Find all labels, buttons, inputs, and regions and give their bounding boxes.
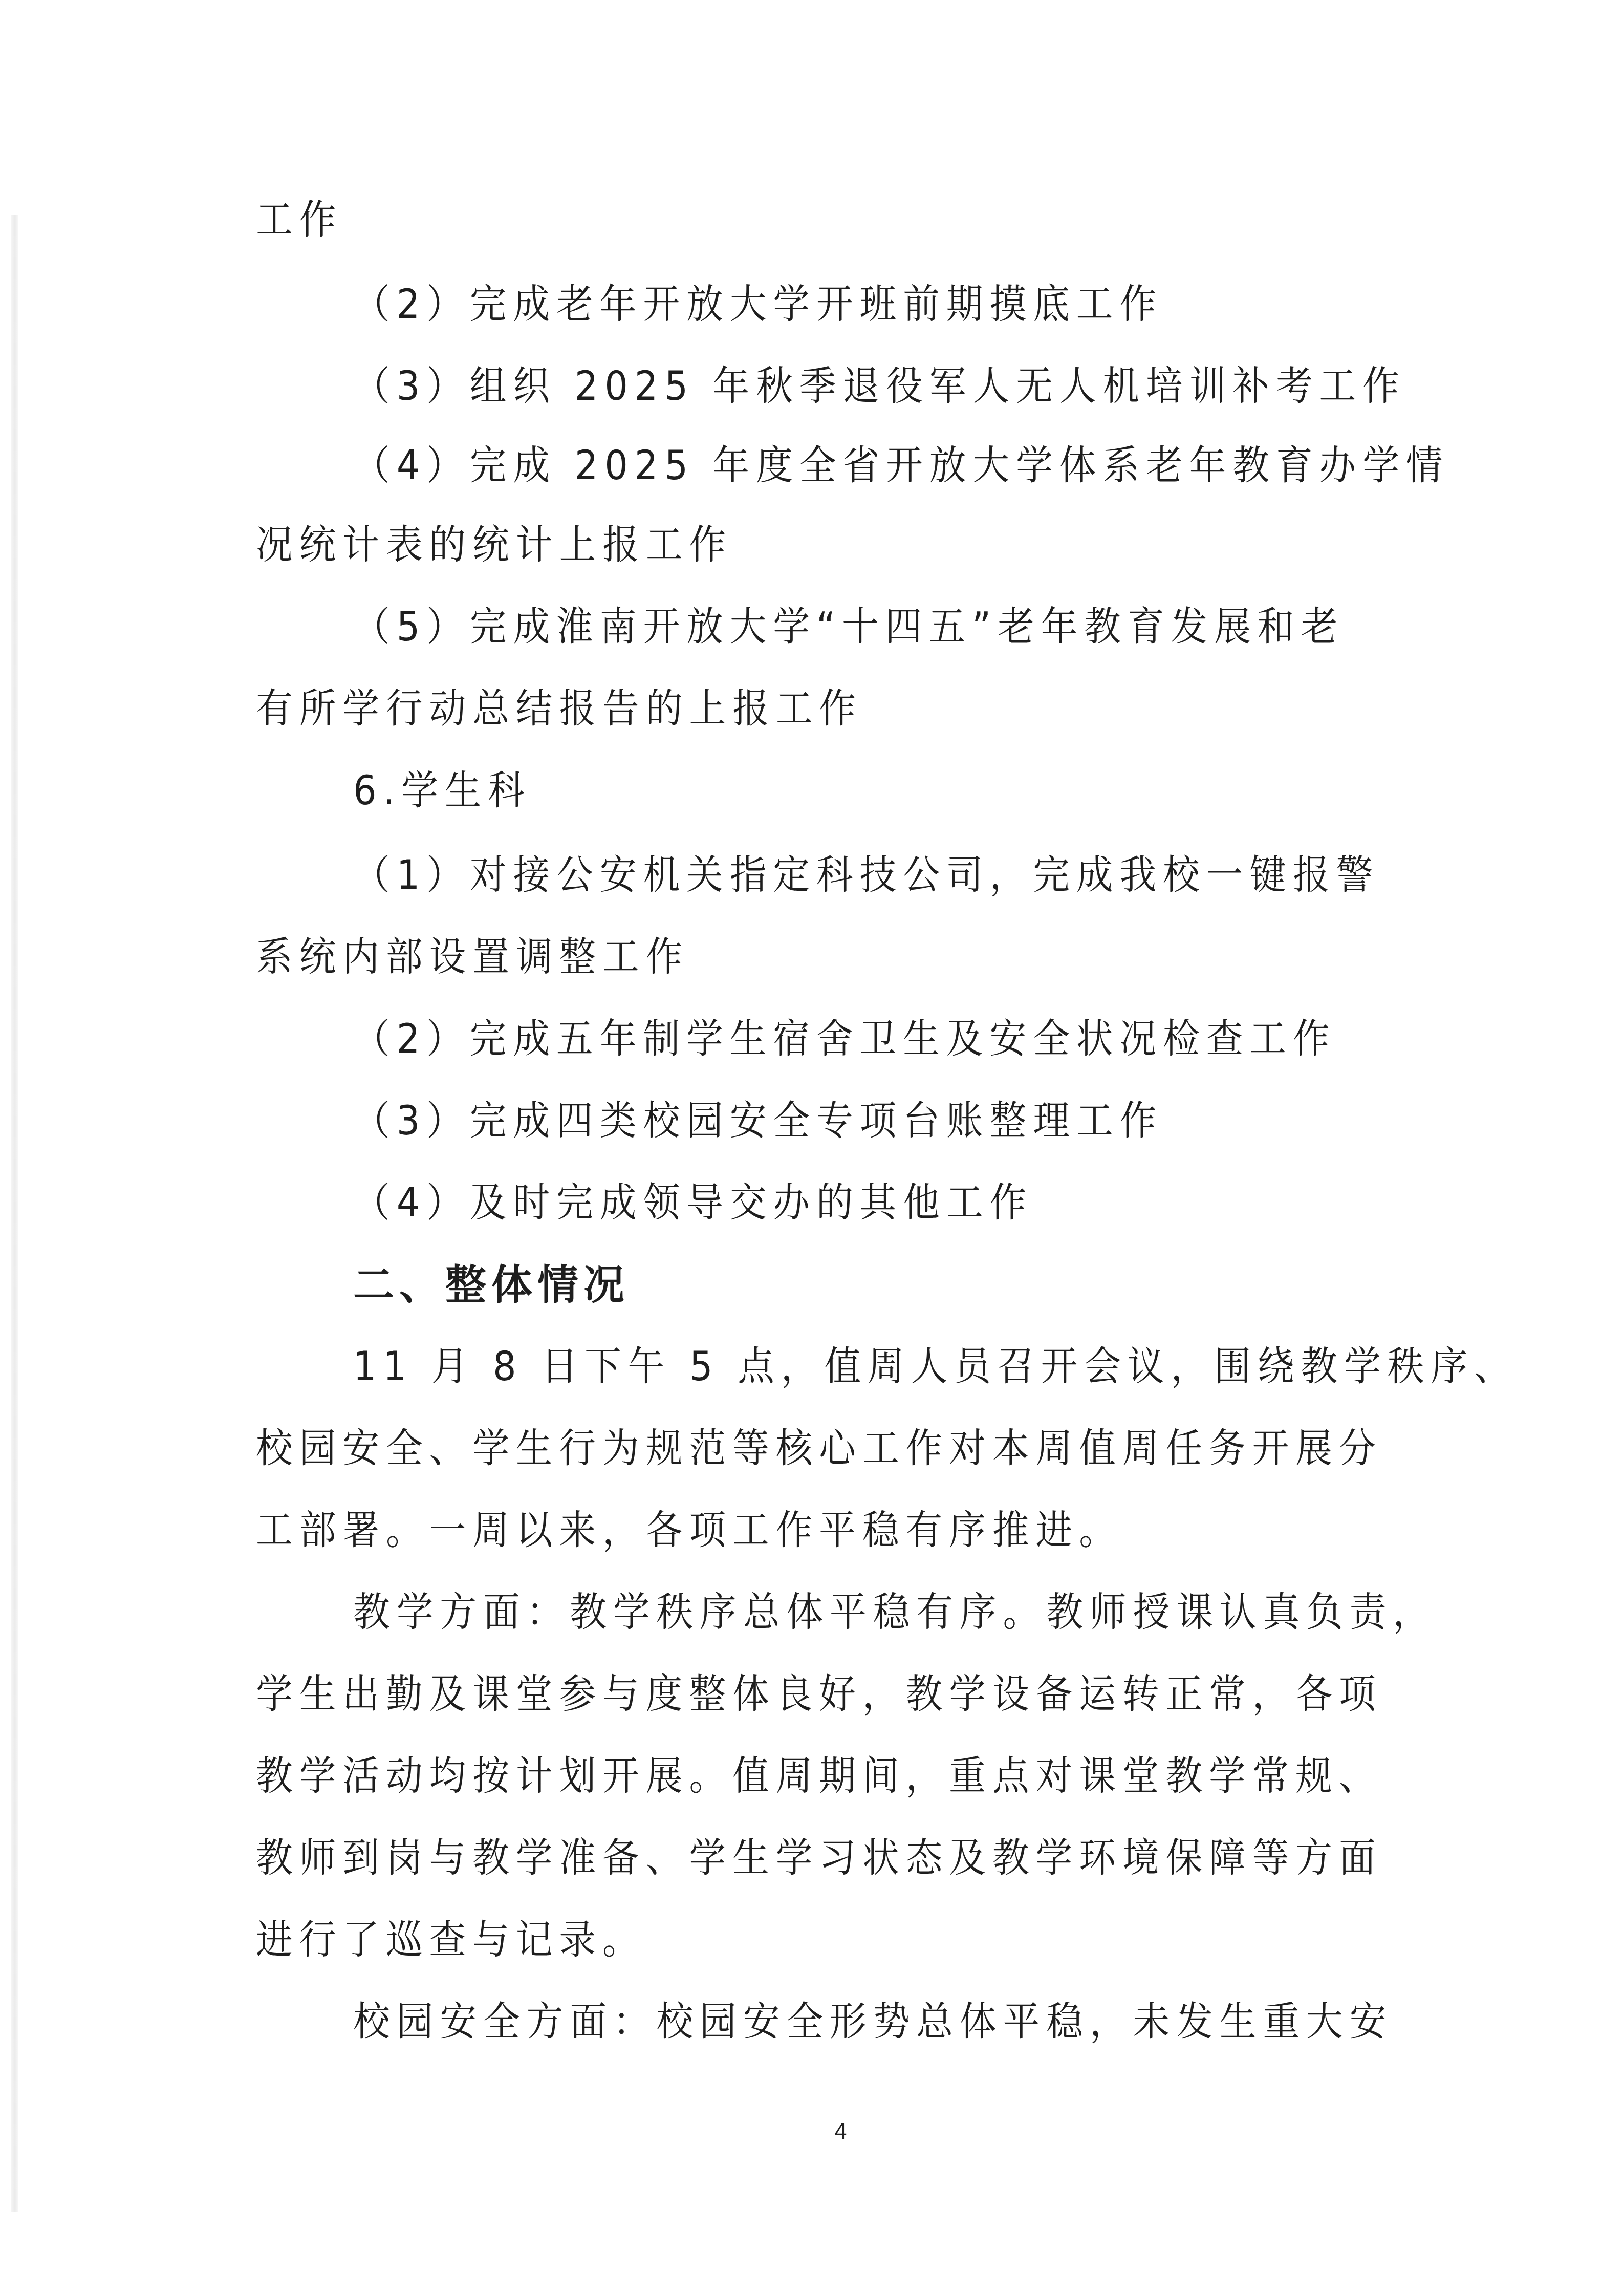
document-page: 工作 （2）完成老年开放大学开班前期摸底工作 （3）组织 2025 年秋季退役军… (0, 0, 1624, 2296)
list-item-3-safety-ledger: （3）完成四类校园安全专项台账整理工作 (353, 1096, 1163, 1147)
text-line-continuation: 教师到岗与教学准备、学生学习状态及教学环境保障等方面 (256, 1833, 1382, 1884)
list-item-2-dorm-inspection: （2）完成五年制学生宿舍卫生及安全状况检查工作 (353, 1014, 1336, 1065)
text-line-continuation: 进行了巡查与记录。 (256, 1915, 646, 1966)
text-line-continuation: 系统内部设置调整工作 (256, 932, 689, 983)
text-line-continuation: 校园安全、学生行为规范等核心工作对本周值周任务开展分 (256, 1423, 1382, 1474)
text-line-continuation: 教学活动均按计划开展。值周期间，重点对课堂教学常规、 (256, 1751, 1382, 1802)
list-item-5-report: （5）完成淮南开放大学“十四五”老年教育发展和老 (353, 602, 1344, 653)
page-number: 4 (834, 2117, 847, 2148)
subsection-title-student-affairs: 6.学生科 (353, 765, 531, 817)
text-line-continuation: 工作 (256, 195, 342, 246)
text-line-continuation: 有所学行动总结报告的上报工作 (256, 683, 862, 735)
paragraph-teaching: 教学方面：教学秩序总体平稳有序。教师授课认真负责， (353, 1587, 1436, 1638)
paragraph-campus-safety: 校园安全方面：校园安全形势总体平稳，未发生重大安 (353, 1997, 1393, 2048)
text-line-continuation: 况统计表的统计上报工作 (256, 520, 732, 571)
section-heading-overall-situation: 二、整体情况 (353, 1259, 630, 1311)
text-line-continuation: 学生出勤及课堂参与度整体良好，教学设备运转正常，各项 (256, 1669, 1382, 1720)
list-item-2-elderly-university: （2）完成老年开放大学开班前期摸底工作 (353, 279, 1163, 330)
paragraph-meeting: 11 月 8 日下午 5 点，值周人员召开会议，围绕教学秩序、 (353, 1341, 1518, 1392)
text-line-continuation: 工部署。一周以来，各项工作平稳有序推进。 (256, 1505, 1122, 1556)
list-item-4-statistics: （4）完成 2025 年度全省开放大学体系老年教育办学情 (353, 440, 1449, 491)
list-item-4-other-tasks: （4）及时完成领导交办的其他工作 (353, 1177, 1033, 1229)
list-item-3-drone-training: （3）组织 2025 年秋季退役军人无人机培训补考工作 (353, 361, 1406, 412)
list-item-1-alarm-system: （1）对接公安机关指定科技公司，完成我校一键报警 (353, 850, 1379, 901)
